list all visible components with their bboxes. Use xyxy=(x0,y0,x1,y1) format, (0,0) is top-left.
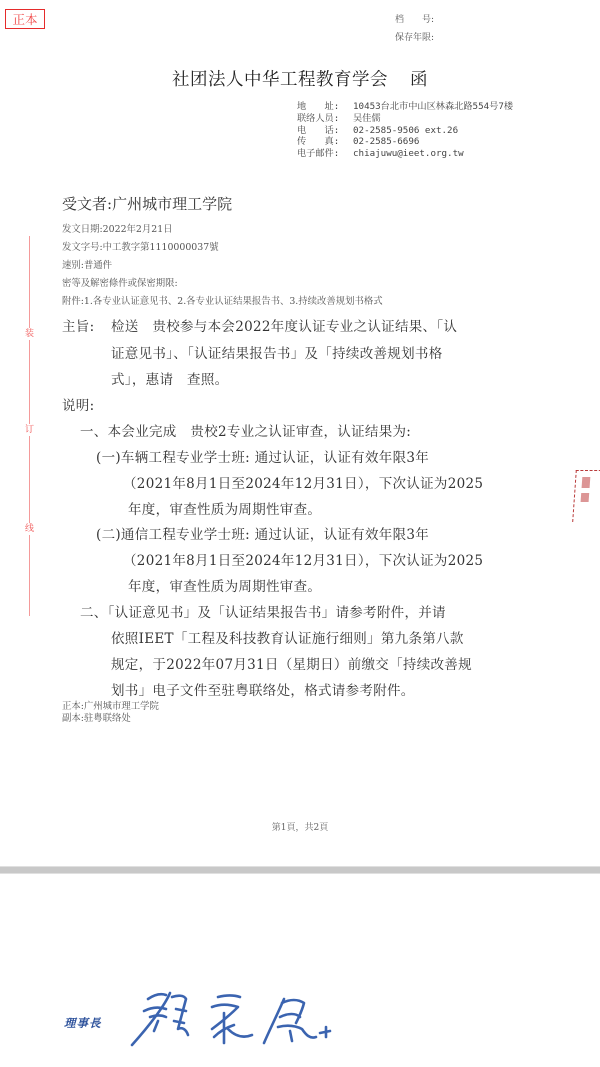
subject-line: 式」，惠请 查照。 xyxy=(111,368,228,388)
explanation-item-2: 二、「认证意见书」及「认证结果报告书」请参考附件，并请 xyxy=(80,601,446,621)
seal-stamp-ink xyxy=(580,477,591,513)
seal-stamp-partial xyxy=(572,470,600,522)
contact-address: 地 址:10453台北市中山区林森北路554号7楼 xyxy=(297,101,513,113)
explanation-label: 说明: xyxy=(62,394,94,414)
delivery-speed: 速别:普通件 xyxy=(62,257,112,271)
contact-phone: 电 话:02-2585-9506 ext.26 xyxy=(297,125,513,137)
explanation-item-2-line: 规定，于2022年07月31日（星期日）前缴交「持续改善规 xyxy=(111,653,472,673)
signature-icon xyxy=(120,985,360,1055)
subject-label: 主旨: xyxy=(62,315,94,335)
contact-email: 电子邮件:chiajuwu@ieet.org.tw xyxy=(297,148,513,160)
binding-mark: 订 xyxy=(22,424,37,436)
subject-line: 证意见书」、「认证结果报告书」及「持续改善规划书格 xyxy=(111,342,443,362)
organization-name: 社团法人中华工程教育学会 xyxy=(172,70,388,90)
binding-mark: 线 xyxy=(22,523,37,535)
signer-title: 理事長 xyxy=(64,1015,102,1031)
handwritten-signature xyxy=(120,985,360,1059)
page-separator xyxy=(0,866,600,874)
result-communication-engineering: (二)通信工程专业学士班: 通过认证，认证有效年限3年 xyxy=(96,523,429,543)
result-communication-engineering-type: 年度，审查性质为周期性审查。 xyxy=(128,575,321,595)
archive-file-number: 档 号: xyxy=(395,12,434,25)
explanation-item-2-line: 划书」电子文件至驻粤联络处，格式请参考附件。 xyxy=(111,679,415,699)
result-vehicle-engineering: (一)车辆工程专业学士班: 通过认证，认证有效年限3年 xyxy=(96,446,429,466)
page-number: 第1頁，共2頁 xyxy=(0,820,600,833)
subject-line: 检送 贵校参与本会2022年度认证专业之认证结果、「认 xyxy=(111,315,457,335)
result-vehicle-engineering-period: （2021年8月1日至2024年12月31日），下次认证为2025 xyxy=(123,472,483,492)
document-type: 函 xyxy=(410,70,428,90)
contact-fax: 传 真:02-2585-6696 xyxy=(297,136,513,148)
explanation-item-1: 一、本会业完成 贵校2专业之认证审查，认证结果为: xyxy=(80,420,411,440)
secrecy-level: 密等及解密條件或保密期限: xyxy=(62,275,178,289)
issue-date: 发文日期:2022年2月21日 xyxy=(62,221,173,235)
contact-person: 联络人员:吴佳儒 xyxy=(297,113,513,125)
letterhead-title: 社团法人中华工程教育学会函 xyxy=(0,66,600,91)
archive-retention-period: 保存年限: xyxy=(395,30,434,43)
copy-recipient: 副本:驻粤联络处 xyxy=(62,710,131,724)
original-copy-stamp: 正本 xyxy=(5,9,45,29)
result-vehicle-engineering-type: 年度，审查性质为周期性审查。 xyxy=(128,498,321,518)
result-communication-engineering-period: （2021年8月1日至2024年12月31日），下次认证为2025 xyxy=(123,549,483,569)
recipient: 受文者:广州城市理工学院 xyxy=(62,193,232,214)
attachments: 附件:1.各专业认证意见书、2.各专业认证结果报告书、3.持续改善规划书格式 xyxy=(62,293,383,307)
explanation-item-2-line: 依照IEET「工程及科技教育认证施行细则」第九条第八款 xyxy=(111,627,464,647)
binding-mark: 装 xyxy=(22,328,37,340)
contact-block: 地 址:10453台北市中山区林森北路554号7楼 联络人员:吴佳儒 电 话:0… xyxy=(297,101,513,160)
reference-number: 发文字号:中工教字第1110000037號 xyxy=(62,239,219,253)
document-page-1: 正本 档 号: 保存年限: 社团法人中华工程教育学会函 地 址:10453台北市… xyxy=(0,0,600,866)
